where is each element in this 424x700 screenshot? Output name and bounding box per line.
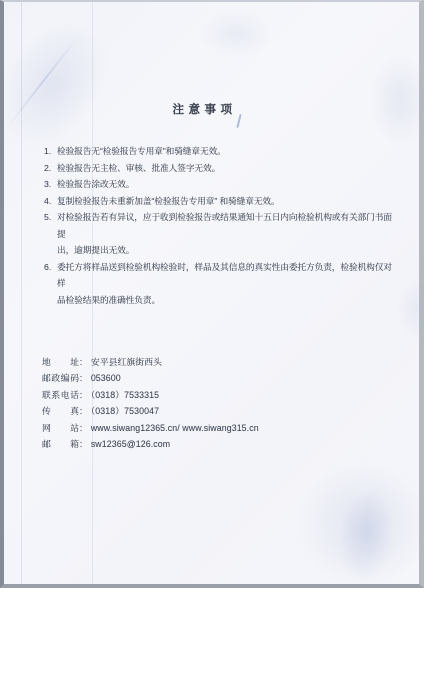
contact-value: （0318）7533315 [91,390,159,400]
scan-smudge [333,484,401,586]
contact-value: sw12365@126.com [91,439,170,449]
contact-colon: ： [79,406,88,416]
notice-item-number: 4. [44,193,57,210]
page-title: 注意事项 [0,101,412,117]
notice-item-number: 6. [44,259,57,309]
notice-item: 6. 委托方将样品送到检验机构检验时，样品及其信息的真实性由委托方负责，检验机构… [44,259,400,309]
notice-item-number: 1. [44,143,57,160]
notice-item-text: 对检验报告若有异议，应于收到检验报告或结果通知十五日内向检验机构或有关部门书面提… [57,209,400,259]
notice-item: 5. 对检验报告若有异议，应于收到检验报告或结果通知十五日内向检验机构或有关部门… [44,209,400,259]
scan-smudge [199,10,274,58]
contact-label: 地址 [42,354,79,370]
scan-smudge [369,52,424,147]
contact-label: 邮箱 [42,436,79,452]
notice-item: 1. 检验报告无“检验报告专用章”和骑缝章无效。 [44,143,400,160]
notice-item: 2. 检验报告无主检、审核、批准人签字无效。 [44,160,400,177]
scan-fold-line [21,2,22,584]
notice-item: 4. 复制检验报告未重新加盖“检验报告专用章” 和骑缝章无效。 [44,193,400,210]
contact-block: 地址：安平县红旗街西头 邮政编码：053600 联系电话：（0318）75333… [42,354,372,452]
contact-row: 网站：www.siwang12365.cn/ www.siwang315.cn [42,420,372,436]
contact-colon: ： [79,357,88,367]
notice-item-number: 2. [44,160,57,177]
notice-list: 1. 检验报告无“检验报告专用章”和骑缝章无效。 2. 检验报告无主检、审核、批… [44,143,400,308]
scan-smudge [299,462,424,587]
contact-colon: ： [79,390,88,400]
contact-value: 安平县红旗街西头 [91,357,162,367]
notice-item-text: 委托方将样品送到检验机构检验时，样品及其信息的真实性由委托方负责，检验机构仅对样… [57,259,400,309]
contact-colon: ： [79,423,88,433]
notice-item-number: 5. [44,209,57,259]
contact-row: 联系电话：（0318）7533315 [42,387,372,403]
contact-value: www.siwang12365.cn/ www.siwang315.cn [91,423,259,433]
contact-row: 邮箱：sw12365@126.com [42,436,372,452]
contact-label: 联系电话 [42,387,79,403]
notice-item-text: 复制检验报告未重新加盖“检验报告专用章” 和骑缝章无效。 [57,193,400,210]
contact-label: 传真 [42,403,79,419]
contact-value: （0318）7530047 [91,406,159,416]
contact-label: 网站 [42,420,79,436]
contact-label: 邮政编码 [42,370,79,386]
notice-item-number: 3. [44,176,57,193]
scanned-document-page: 注意事项 1. 检验报告无“检验报告专用章”和骑缝章无效。 2. 检验报告无主检… [0,0,424,588]
notice-item-text: 检验报告无“检验报告专用章”和骑缝章无效。 [57,143,400,160]
contact-row: 传真：（0318）7530047 [42,403,372,419]
contact-value: 053600 [91,373,121,383]
notice-item-text: 检验报告涂改无效。 [57,176,400,193]
contact-row: 邮政编码：053600 [42,370,372,386]
scan-smudge [396,277,424,341]
notice-item: 3. 检验报告涂改无效。 [44,176,400,193]
contact-colon: ： [79,373,88,383]
notice-item-text: 检验报告无主检、审核、批准人签字无效。 [57,160,400,177]
contact-colon: ： [79,439,88,449]
contact-row: 地址：安平县红旗街西头 [42,354,372,370]
